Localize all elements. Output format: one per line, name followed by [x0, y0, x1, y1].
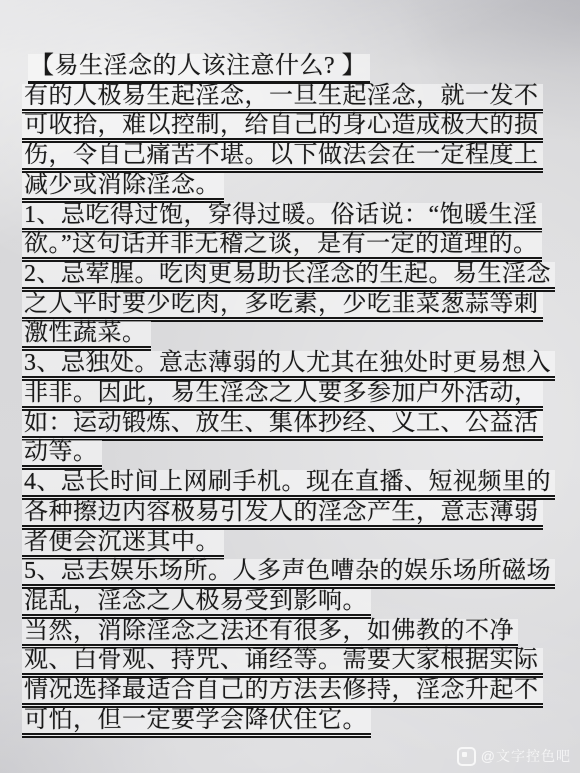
text-line-content: 减少或消除淫念。: [22, 173, 224, 203]
text-line-content: 欲。”这句话并非无稽之谈，是有一定的道理的。: [22, 232, 542, 262]
text-line: 非非。因此，易生淫念之人要多参加户外活动，: [22, 381, 566, 411]
text-line-content: 动等。: [22, 440, 102, 470]
text-line: 有的人极易生起淫念，一旦生起淫念，就一发不: [22, 84, 566, 114]
text-line-content: 可收拾，难以控制，给自己的身心造成极大的损: [22, 113, 543, 143]
text-line: 各种擦边内容极易引发人的淫念产生，意志薄弱: [22, 500, 566, 530]
text-line-content: 4、忌长时间上网刷手机。现在直播、短视频里的: [22, 470, 555, 500]
text-line: 1、忌吃得过饱，穿得过暖。俗话说：“饱暖生淫: [22, 203, 566, 233]
text-line-content: 非非。因此，易生淫念之人要多参加户外活动，: [22, 381, 543, 411]
watermark: @文字控色吧: [457, 746, 571, 766]
text-line: 之人平时要少吃肉，多吃素，少吃韭菜葱蒜等刺: [22, 292, 566, 322]
text-block: 【易生淫念的人该注意什么? 】 有的人极易生起淫念，一旦生起淫念，就一发不 可收…: [22, 54, 566, 738]
text-line: 激性蔬菜。: [22, 321, 566, 351]
text-line: 2、忌荤腥。吃肉更易助长淫念的生起。易生淫念: [22, 262, 566, 292]
text-line: 动等。: [22, 440, 566, 470]
text-line: 可怕，但一定要学会降伏住它。: [22, 708, 566, 738]
text-line-content: 可怕，但一定要学会降伏住它。: [22, 708, 371, 738]
text-line-content: 观、白骨观、持咒、诵经等。需要大家根据实际: [22, 648, 543, 678]
text-line-content: 混乱，淫念之人极易受到影响。: [22, 589, 371, 619]
text-line-content: 5、忌去娱乐场所。人多声色嘈杂的娱乐场所磁场: [22, 559, 555, 589]
text-line-content: 伤，令自己痛苦不堪。以下做法会在一定程度上: [22, 143, 543, 173]
text-line: 观、白骨观、持咒、诵经等。需要大家根据实际: [22, 648, 566, 678]
text-line-content: 3、忌独处。意志薄弱的人尤其在独处时更易想入: [22, 351, 555, 381]
text-line: 者便会沉迷其中。: [22, 530, 566, 560]
text-line: 伤，令自己痛苦不堪。以下做法会在一定程度上: [22, 143, 566, 173]
text-line-content: 之人平时要少吃肉，多吃素，少吃韭菜葱蒜等刺: [22, 292, 543, 322]
text-line-content: 1、忌吃得过饱，穿得过暖。俗话说：“饱暖生淫: [22, 203, 542, 233]
text-line: 可收拾，难以控制，给自己的身心造成极大的损: [22, 113, 566, 143]
text-line: 减少或消除淫念。: [22, 173, 566, 203]
text-line: 当然，消除淫念之法还有很多，如佛教的不净: [22, 619, 566, 649]
text-line-content: 当然，消除淫念之法还有很多，如佛教的不净: [22, 619, 518, 649]
text-line-content: 2、忌荤腥。吃肉更易助长淫念的生起。易生淫念: [22, 262, 555, 292]
text-line: 5、忌去娱乐场所。人多声色嘈杂的娱乐场所磁场: [22, 559, 566, 589]
paper-page: 【易生淫念的人该注意什么? 】 有的人极易生起淫念，一旦生起淫念，就一发不 可收…: [0, 0, 580, 773]
page-title: 【易生淫念的人该注意什么? 】: [22, 54, 566, 84]
watermark-text: @文字控色吧: [481, 746, 571, 766]
text-line-content: 各种擦边内容极易引发人的淫念产生，意志薄弱: [22, 500, 543, 530]
watermark-logo-icon: [457, 747, 476, 766]
text-line: 如：运动锻炼、放生、集体抄经、义工、公益活: [22, 411, 566, 441]
text-line-content: 情况选择最适合自己的方法去修持，淫念升起不: [22, 678, 543, 708]
text-line: 情况选择最适合自己的方法去修持，淫念升起不: [22, 678, 566, 708]
text-line-content: 有的人极易生起淫念，一旦生起淫念，就一发不: [22, 84, 543, 114]
text-line: 3、忌独处。意志薄弱的人尤其在独处时更易想入: [22, 351, 566, 381]
text-line-content: 如：运动锻炼、放生、集体抄经、义工、公益活: [22, 411, 543, 441]
text-line-content: 者便会沉迷其中。: [22, 530, 224, 560]
page-title-text: 【易生淫念的人该注意什么? 】: [28, 54, 370, 84]
text-line: 混乱，淫念之人极易受到影响。: [22, 589, 566, 619]
text-line: 4、忌长时间上网刷手机。现在直播、短视频里的: [22, 470, 566, 500]
text-line: 欲。”这句话并非无稽之谈，是有一定的道理的。: [22, 232, 566, 262]
text-line-content: 激性蔬菜。: [22, 321, 151, 351]
